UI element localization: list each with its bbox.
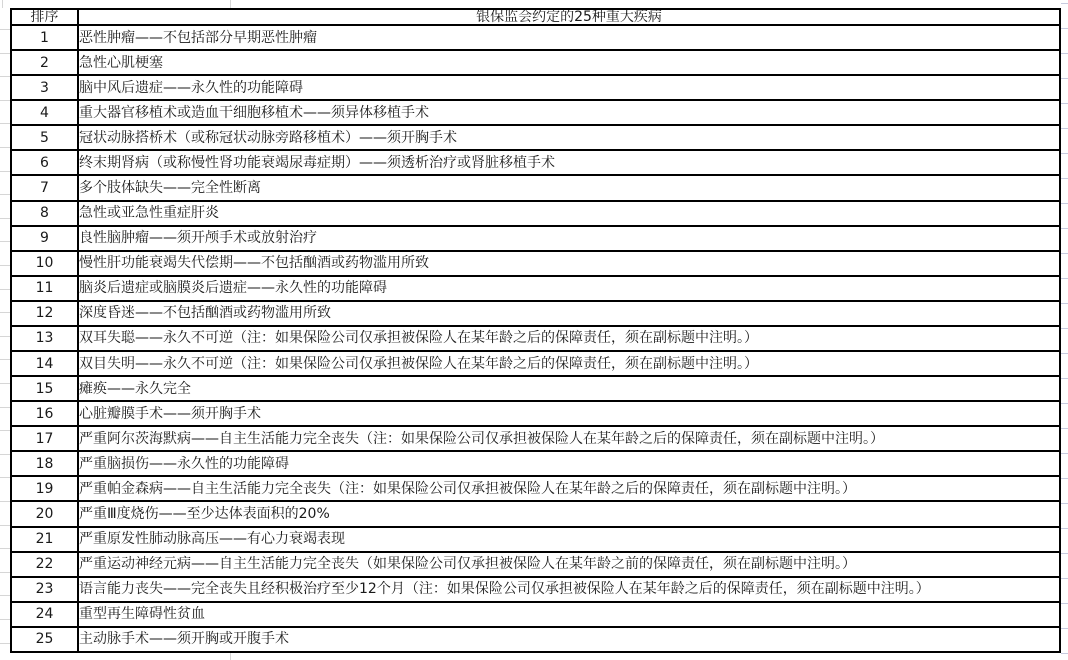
gridline-stub <box>0 53 10 54</box>
gridline-stub <box>0 359 10 360</box>
table-row: 19严重帕金森病——自主生活能力完全丧失（注：如果保险公司仅承担被保险人在某年龄… <box>11 476 1060 501</box>
gridline-stub <box>230 0 231 8</box>
disease-cell: 严重原发性肺动脉高压——有心力衰竭表现 <box>78 527 1060 552</box>
gridline-stub <box>0 289 10 290</box>
rank-cell: 24 <box>11 602 78 627</box>
disease-cell: 急性或亚急性重症肝炎 <box>78 201 1060 226</box>
gridline-stub <box>1061 628 1068 629</box>
gridline-stub <box>0 29 10 30</box>
gridline-stub <box>1061 103 1068 104</box>
gridline-stub <box>1061 603 1068 604</box>
gridline-stub <box>1061 153 1068 154</box>
rank-cell: 5 <box>11 125 78 150</box>
rank-cell: 20 <box>11 501 78 526</box>
table-row: 21严重原发性肺动脉高压——有心力衰竭表现 <box>11 527 1060 552</box>
table-row: 8急性或亚急性重症肝炎 <box>11 201 1060 226</box>
gridline-stub <box>0 218 10 219</box>
gridline-stub <box>0 477 10 478</box>
gridline-stub <box>0 548 10 549</box>
disease-cell: 急性心肌梗塞 <box>78 50 1060 75</box>
gridline-stub <box>1061 528 1068 529</box>
table-row: 25主动脉手术——须开胸或开腹手术 <box>11 627 1060 652</box>
table-row: 7多个肢体缺失——完全性断离 <box>11 175 1060 200</box>
table-row: 2急性心肌梗塞 <box>11 50 1060 75</box>
critical-illness-table: 排序 银保监会约定的25种重大疾病 1恶性肿瘤——不包括部分早期恶性肿瘤2急性心… <box>10 8 1061 653</box>
gridline-stub <box>1061 303 1068 304</box>
disease-cell: 双目失明——永久不可逆（注：如果保险公司仅承担被保险人在某年龄之后的保障责任，须… <box>78 351 1060 376</box>
gridline-stub <box>0 171 10 172</box>
table-row: 15瘫痪——永久完全 <box>11 376 1060 401</box>
gridline-stub <box>0 383 10 384</box>
rank-cell: 15 <box>11 376 78 401</box>
rank-cell: 10 <box>11 251 78 276</box>
disease-cell: 严重运动神经元病——自主生活能力完全丧失（如果保险公司仅承担被保险人在某年龄之前… <box>78 552 1060 577</box>
rank-cell: 11 <box>11 276 78 301</box>
disease-cell: 慢性肝功能衰竭失代偿期——不包括酗酒或药物滥用所致 <box>78 251 1060 276</box>
gridline-stub <box>0 643 10 644</box>
disease-cell: 脑中风后遗症——永久性的功能障碍 <box>78 75 1060 100</box>
table-row: 13双耳失聪——永久不可逆（注：如果保险公司仅承担被保险人在某年龄之后的保障责任… <box>11 326 1060 351</box>
disease-cell: 多个肢体缺失——完全性断离 <box>78 175 1060 200</box>
table-row: 17严重阿尔茨海默病——自主生活能力完全丧失（注：如果保险公司仅承担被保险人在某… <box>11 426 1060 451</box>
table-row: 11脑炎后遗症或脑膜炎后遗症——永久性的功能障碍 <box>11 276 1060 301</box>
disease-cell: 语言能力丧失——完全丧失且经积极治疗至少12个月（注：如果保险公司仅承担被保险人… <box>78 577 1060 602</box>
gridline-stub <box>1061 428 1068 429</box>
table-row: 14双目失明——永久不可逆（注：如果保险公司仅承担被保险人在某年龄之后的保障责任… <box>11 351 1060 376</box>
table-row: 20严重Ⅲ度烧伤——至少达体表面积的20% <box>11 501 1060 526</box>
gridline-stub <box>1061 253 1068 254</box>
gridline-stub <box>0 501 10 502</box>
rank-cell: 23 <box>11 577 78 602</box>
rank-cell: 17 <box>11 426 78 451</box>
table-row: 6终末期肾病（或称慢性肾功能衰竭尿毒症期）——须透析治疗或肾脏移植手术 <box>11 150 1060 175</box>
gridline-stub <box>1061 278 1068 279</box>
gridline-stub <box>1061 3 1068 4</box>
table-row: 12深度昏迷——不包括酗酒或药物滥用所致 <box>11 301 1060 326</box>
gridline-stub <box>0 312 10 313</box>
table-row: 18严重脑损伤——永久性的功能障碍 <box>11 451 1060 476</box>
disease-cell: 严重脑损伤——永久性的功能障碍 <box>78 451 1060 476</box>
table-row: 16心脏瓣膜手术——须开胸手术 <box>11 401 1060 426</box>
gridline-stub <box>0 595 10 596</box>
disease-cell: 深度昏迷——不包括酗酒或药物滥用所致 <box>78 301 1060 326</box>
rank-cell: 21 <box>11 527 78 552</box>
rank-cell: 25 <box>11 627 78 652</box>
rank-cell: 1 <box>11 25 78 50</box>
gridline-stub <box>0 336 10 337</box>
disease-cell: 重大器官移植术或造血干细胞移植术——须异体移植手术 <box>78 100 1060 125</box>
gridline-stub <box>1061 53 1068 54</box>
gridline-stub <box>0 241 10 242</box>
rank-cell: 19 <box>11 476 78 501</box>
table-row: 9良性脑肿瘤——须开颅手术或放射治疗 <box>11 226 1060 251</box>
disease-cell: 冠状动脉搭桥术（或称冠状动脉旁路移植术）——须开胸手术 <box>78 125 1060 150</box>
gridline-stub <box>0 525 10 526</box>
gridline-stub <box>1061 228 1068 229</box>
rank-cell: 2 <box>11 50 78 75</box>
rank-cell: 13 <box>11 326 78 351</box>
table-row: 22严重运动神经元病——自主生活能力完全丧失（如果保险公司仅承担被保险人在某年龄… <box>11 552 1060 577</box>
gridline-stub <box>1061 128 1068 129</box>
gridline-stub <box>0 100 10 101</box>
disease-column-header: 银保监会约定的25种重大疾病 <box>78 9 1060 25</box>
gridline-stub <box>1061 653 1068 654</box>
disease-cell: 瘫痪——永久完全 <box>78 376 1060 401</box>
gridline-stub <box>1061 503 1068 504</box>
rank-cell: 6 <box>11 150 78 175</box>
gridline-stub <box>1061 328 1068 329</box>
disease-cell: 严重帕金森病——自主生活能力完全丧失（注：如果保险公司仅承担被保险人在某年龄之后… <box>78 476 1060 501</box>
gridline-stub <box>1061 403 1068 404</box>
table-row: 1恶性肿瘤——不包括部分早期恶性肿瘤 <box>11 25 1060 50</box>
gridline-stub <box>0 194 10 195</box>
rank-cell: 22 <box>11 552 78 577</box>
gridline-stub <box>1061 203 1068 204</box>
disease-cell: 主动脉手术——须开胸或开腹手术 <box>78 627 1060 652</box>
disease-cell: 恶性肿瘤——不包括部分早期恶性肿瘤 <box>78 25 1060 50</box>
rank-cell: 18 <box>11 451 78 476</box>
gridline-stub <box>1061 353 1068 354</box>
gridline-stub <box>0 76 10 77</box>
table-row: 10慢性肝功能衰竭失代偿期——不包括酗酒或药物滥用所致 <box>11 251 1060 276</box>
gridline-stub <box>0 619 10 620</box>
disease-cell: 重型再生障碍性贫血 <box>78 602 1060 627</box>
disease-cell: 严重Ⅲ度烧伤——至少达体表面积的20% <box>78 501 1060 526</box>
gridline-stub <box>1061 578 1068 579</box>
gridline-stub <box>0 454 10 455</box>
gridline-stub <box>1061 453 1068 454</box>
disease-cell: 严重阿尔茨海默病——自主生活能力完全丧失（注：如果保险公司仅承担被保险人在某年龄… <box>78 426 1060 451</box>
rank-column-header: 排序 <box>11 9 78 25</box>
gridline-stub <box>1061 553 1068 554</box>
gridline-stub <box>0 123 10 124</box>
gridline-stub <box>1061 178 1068 179</box>
rank-cell: 8 <box>11 201 78 226</box>
table-row: 4重大器官移植术或造血干细胞移植术——须异体移植手术 <box>11 100 1060 125</box>
gridline-stub <box>0 407 10 408</box>
rank-cell: 12 <box>11 301 78 326</box>
gridline-stub <box>1061 378 1068 379</box>
table-row: 24重型再生障碍性贫血 <box>11 602 1060 627</box>
gridline-stub <box>1061 28 1068 29</box>
rank-cell: 16 <box>11 401 78 426</box>
table-row: 5冠状动脉搭桥术（或称冠状动脉旁路移植术）——须开胸手术 <box>11 125 1060 150</box>
rank-cell: 9 <box>11 226 78 251</box>
disease-cell: 脑炎后遗症或脑膜炎后遗症——永久性的功能障碍 <box>78 276 1060 301</box>
rank-cell: 14 <box>11 351 78 376</box>
disease-cell: 双耳失聪——永久不可逆（注：如果保险公司仅承担被保险人在某年龄之后的保障责任，须… <box>78 326 1060 351</box>
table-row: 3脑中风后遗症——永久性的功能障碍 <box>11 75 1060 100</box>
rank-cell: 7 <box>11 175 78 200</box>
rank-cell: 3 <box>11 75 78 100</box>
gridline-stub <box>0 572 10 573</box>
gridline-stub <box>0 430 10 431</box>
rank-cell: 4 <box>11 100 78 125</box>
disease-cell: 终末期肾病（或称慢性肾功能衰竭尿毒症期）——须透析治疗或肾脏移植手术 <box>78 150 1060 175</box>
disease-cell: 心脏瓣膜手术——须开胸手术 <box>78 401 1060 426</box>
table-row: 23语言能力丧失——完全丧失且经积极治疗至少12个月（注：如果保险公司仅承担被保… <box>11 577 1060 602</box>
disease-cell: 良性脑肿瘤——须开颅手术或放射治疗 <box>78 226 1060 251</box>
gridline-stub <box>230 653 231 660</box>
header-row: 排序 银保监会约定的25种重大疾病 <box>11 9 1060 25</box>
gridline-stub <box>0 147 10 148</box>
gridline-stub <box>0 265 10 266</box>
gridline-stub <box>1061 478 1068 479</box>
gridline-stub <box>1061 78 1068 79</box>
gridline-stub <box>2 0 3 8</box>
